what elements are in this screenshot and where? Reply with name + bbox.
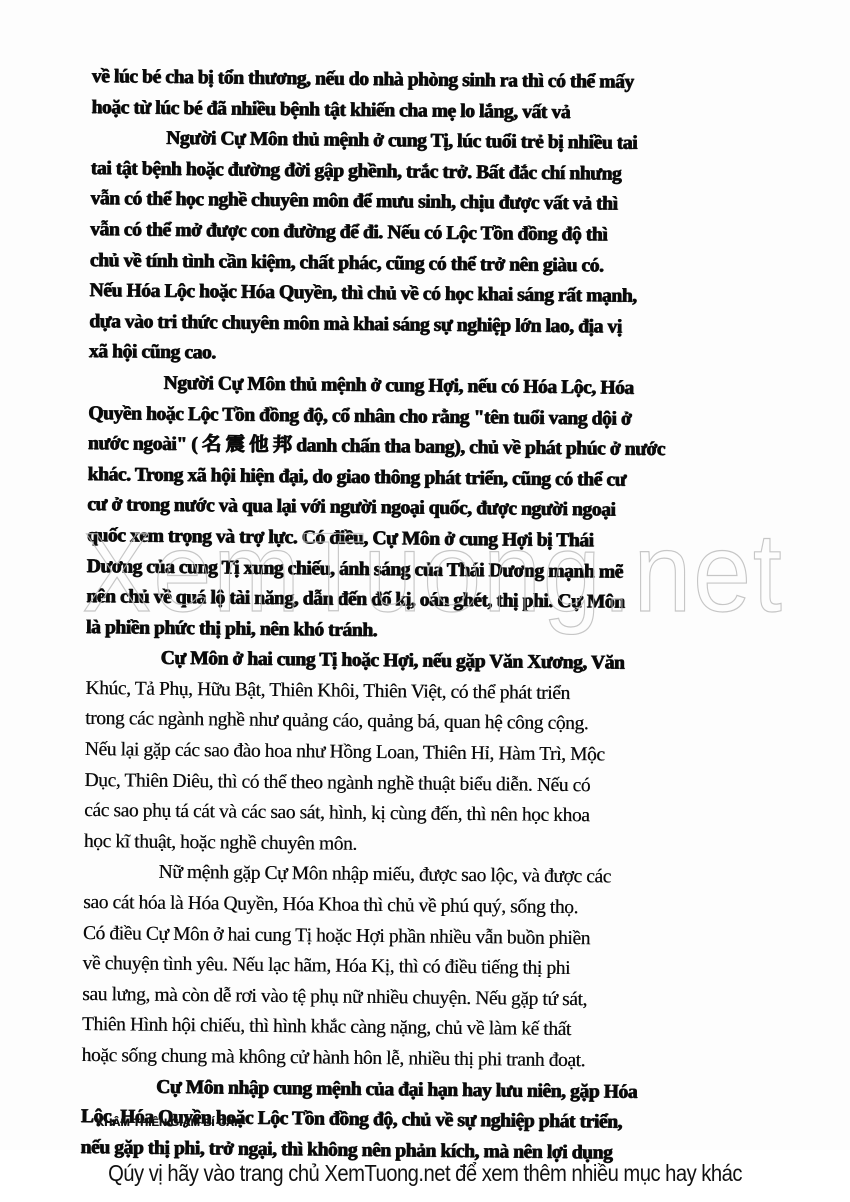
paragraph: về lúc bé cha bị tổn thương, nếu do nhà …	[91, 62, 752, 130]
paragraph: Cự Môn ở hai cung Tị hoặc Hợi, nếu gặp V…	[84, 643, 746, 864]
paragraph: Người Cự Môn thủ mệnh ở cung Tị, lúc tuổ…	[89, 123, 752, 375]
paragraph: Người Cự Môn thủ mệnh ở cung Hợi, nếu có…	[86, 368, 749, 650]
body-text: về lúc bé cha bị tổn thương, nếu do nhà …	[80, 62, 751, 1170]
running-footer: KHÂM THIÊN GIÁM BÍ CẤP	[96, 1117, 242, 1129]
site-caption: Qúy vị hãy vào trang chủ XemTuong.net để…	[51, 1160, 799, 1187]
paragraph: Nữ mệnh gặp Cự Môn nhập miếu, được sao l…	[81, 857, 743, 1078]
scanned-book-page: về lúc bé cha bị tổn thương, nếu do nhà …	[0, 0, 850, 1150]
